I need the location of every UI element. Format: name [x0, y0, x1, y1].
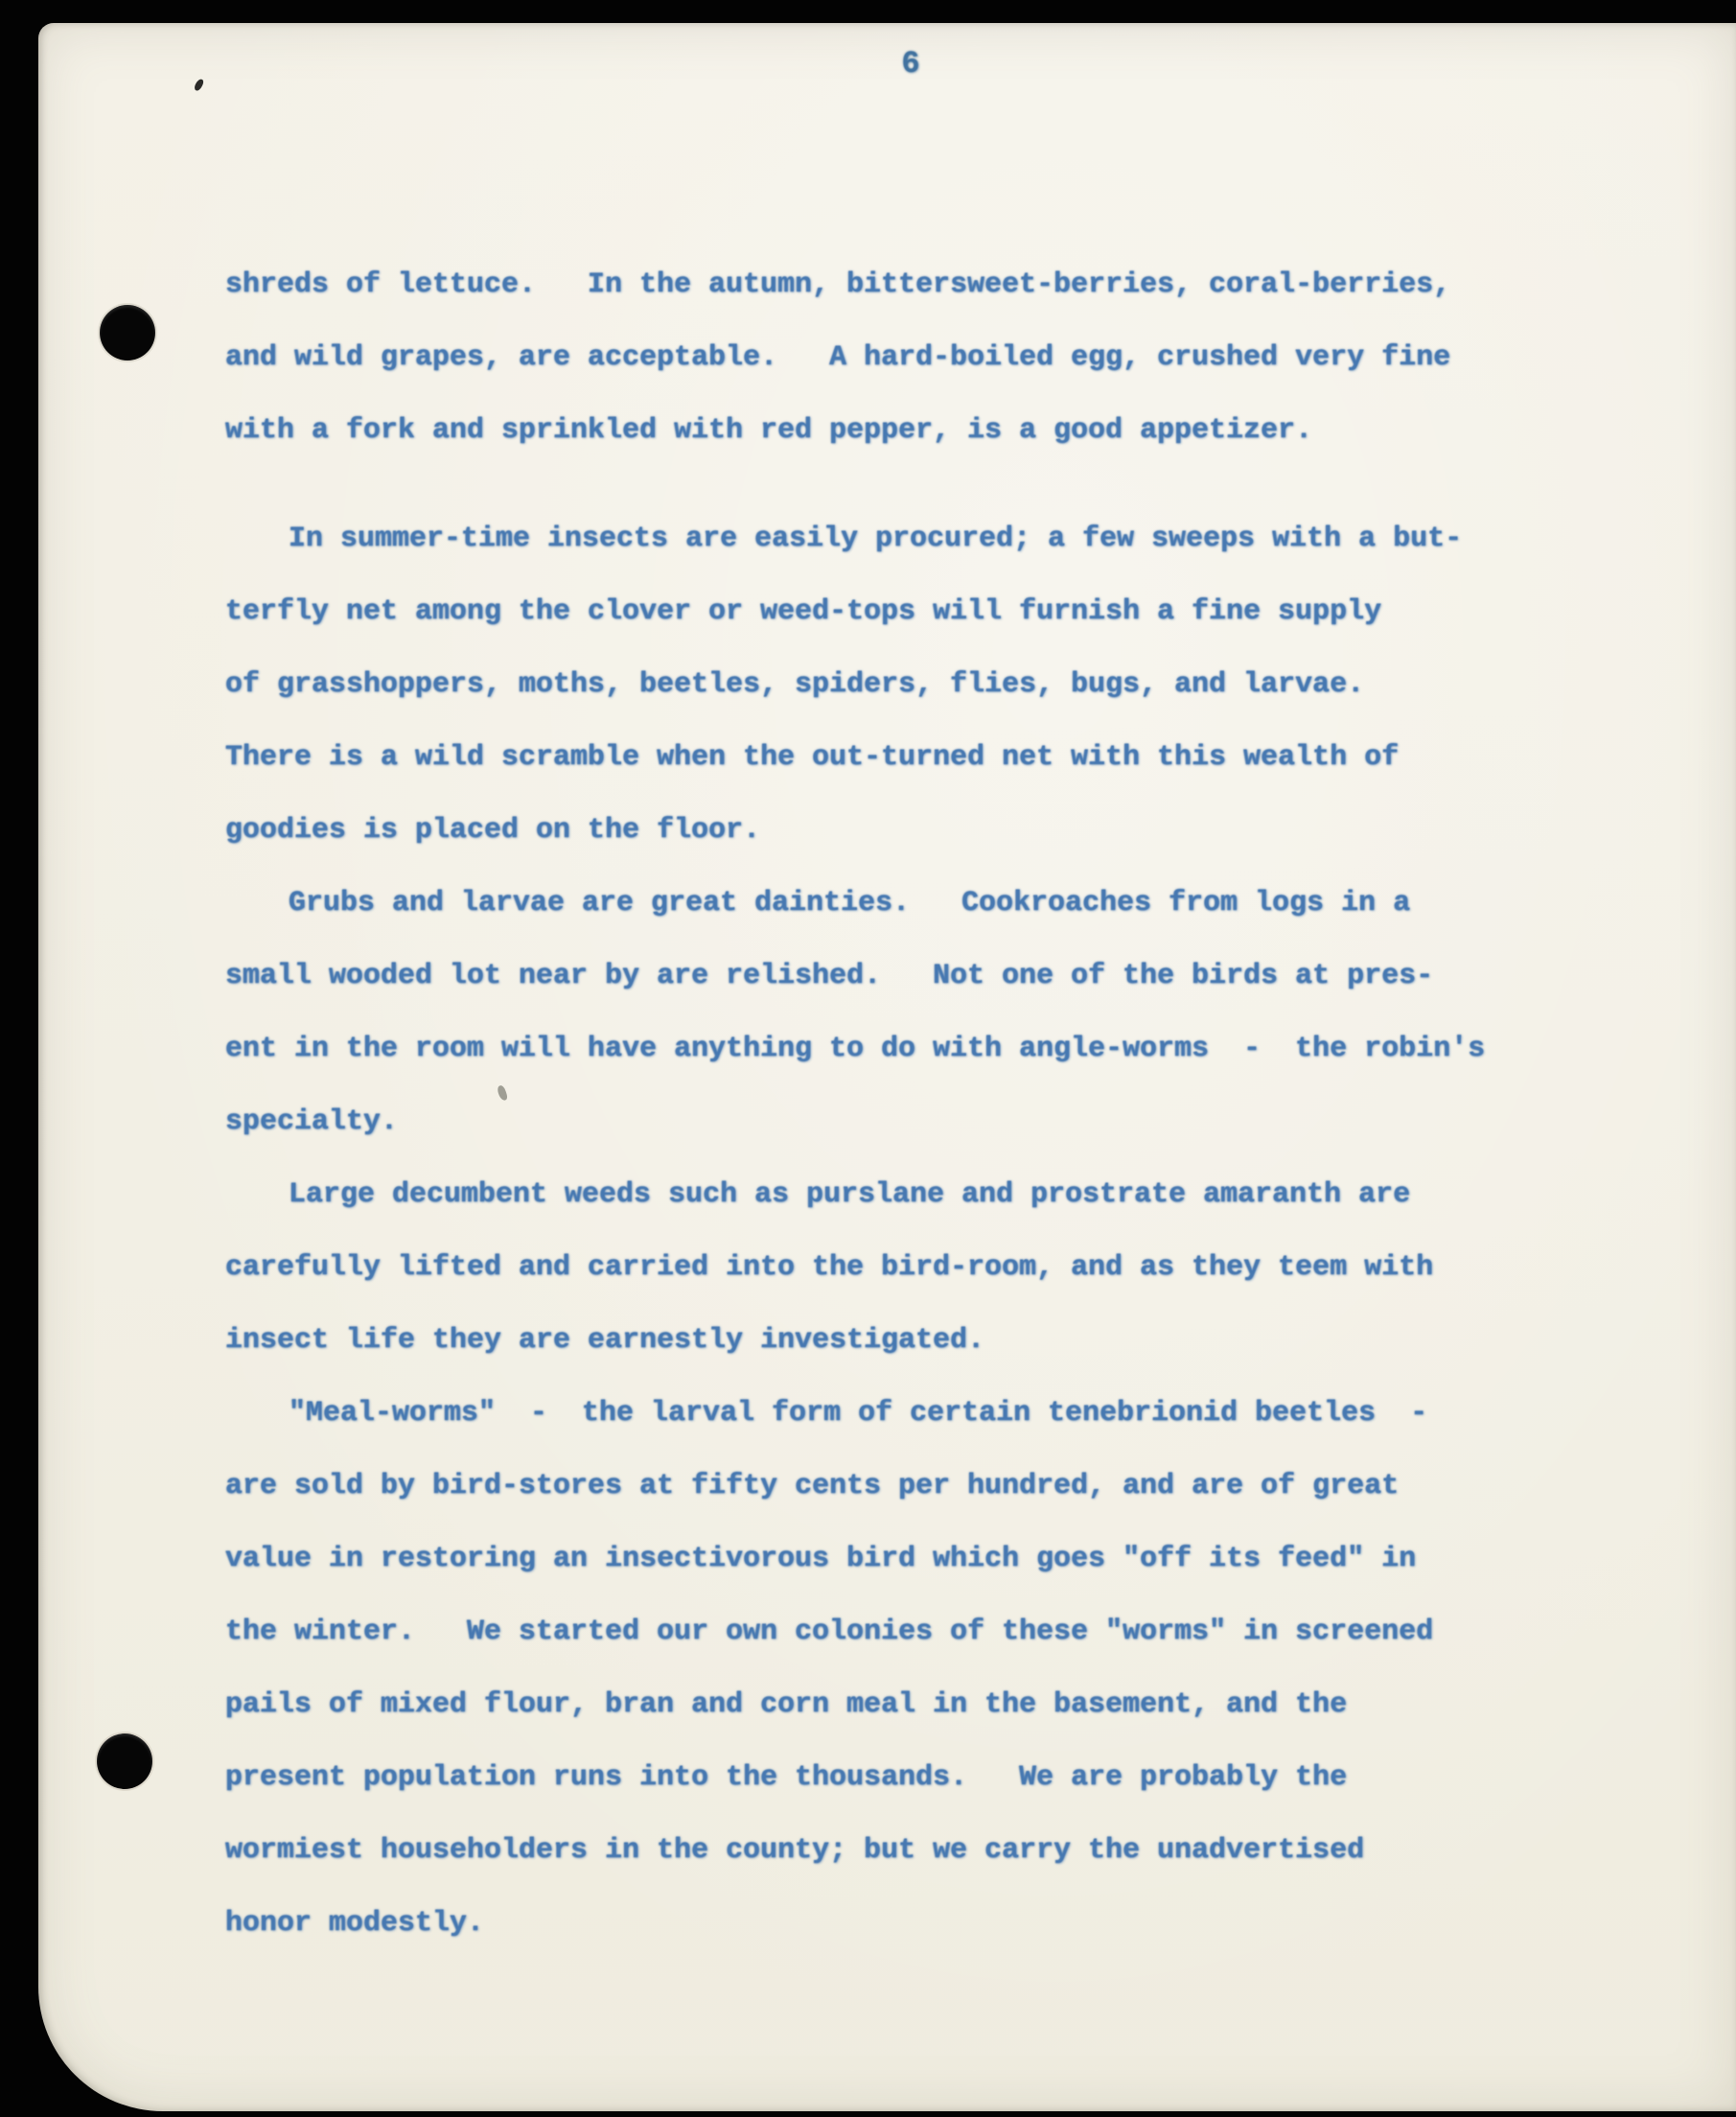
text-line: present population runs into the thousan…: [225, 1759, 1586, 1832]
text-line: pails of mixed flour, bran and corn meal…: [225, 1687, 1586, 1759]
text-line: insect life they are earnestly investiga…: [225, 1322, 1586, 1395]
text-line: honor modestly.: [225, 1905, 1586, 1978]
text-line: Large decumbent weeds such as purslane a…: [225, 1176, 1586, 1249]
typewritten-text-block: shreds of lettuce. In the autumn, bitter…: [225, 267, 1586, 1978]
text-line: are sold by bird-stores at fifty cents p…: [225, 1468, 1586, 1541]
text-line: small wooded lot near by are relished. N…: [225, 958, 1586, 1031]
page-number: 6: [853, 46, 968, 81]
text-line: wormiest householders in the county; but…: [225, 1832, 1586, 1905]
text-line: goodies is placed on the floor.: [225, 812, 1586, 885]
text-line: In summer-time insects are easily procur…: [225, 521, 1586, 593]
text-line: of grasshoppers, moths, beetles, spiders…: [225, 666, 1586, 739]
text-line: carefully lifted and carried into the bi…: [225, 1249, 1586, 1322]
text-line: There is a wild scramble when the out-tu…: [225, 739, 1586, 812]
scan-background: 6 shreds of lettuce. In the autumn, bitt…: [0, 0, 1736, 2117]
text-line: the winter. We started our own colonies …: [225, 1614, 1586, 1687]
hole-punch-bottom: [97, 1733, 152, 1789]
text-line: ent in the room will have anything to do…: [225, 1031, 1586, 1104]
ink-speck: [194, 78, 205, 92]
text-line: specialty.: [225, 1104, 1586, 1176]
text-line: and wild grapes, are acceptable. A hard-…: [225, 339, 1586, 412]
text-line: Grubs and larvae are great dainties. Coo…: [225, 885, 1586, 958]
text-line: with a fork and sprinkled with red peppe…: [225, 412, 1586, 485]
text-line: "Meal-worms" - the larval form of certai…: [225, 1395, 1586, 1468]
text-line: terfly net among the clover or weed-tops…: [225, 593, 1586, 666]
text-line: shreds of lettuce. In the autumn, bitter…: [225, 267, 1586, 339]
text-line: value in restoring an insectivorous bird…: [225, 1541, 1586, 1614]
typewritten-page: 6 shreds of lettuce. In the autumn, bitt…: [38, 23, 1736, 2111]
hole-punch-top: [100, 305, 155, 361]
